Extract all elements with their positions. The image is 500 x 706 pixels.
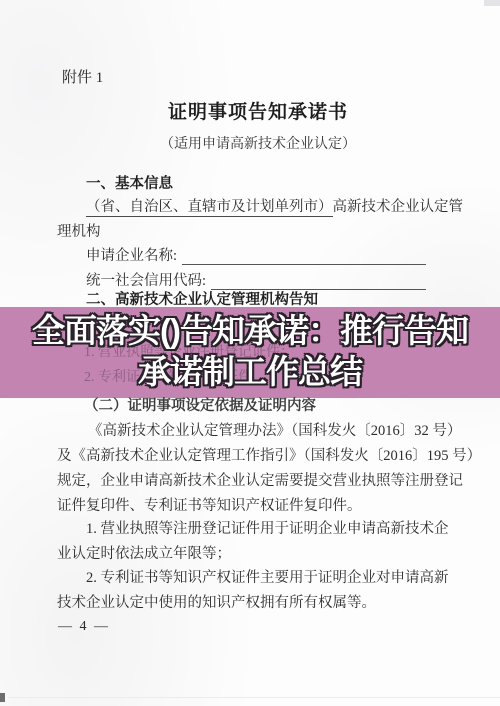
paragraph-line: 规定，企业申请高新技术企业认定需要提交营业执照等注册登记 <box>57 473 463 490</box>
credit-code-label: 统一社会信用代码: <box>86 273 206 290</box>
overlay-band: 1. 营业执照等企业注册登记证件； 2. 专利证书等知识产权证件 全面落实()告… <box>0 307 500 398</box>
section-basic-info-heading: 一、基本信息 <box>86 176 173 193</box>
paragraph-line: 《高新技术企业认定管理办法》（国科发火〔2016〕32 号） <box>88 423 461 440</box>
authority-line-wrap: 理机构 <box>57 224 101 241</box>
item2-line: 2. 专利证书等知识产权证件主要用于证明企业对申请高新 <box>86 570 449 587</box>
company-name-blank-line <box>182 249 426 265</box>
document-subtitle: （适用申请高新技术企业认定） <box>16 136 500 153</box>
scan-artifact-bottom-line <box>8 697 500 698</box>
attachment-label: 附件 1 <box>62 70 103 87</box>
authority-line-rest: 高新技术企业认定管 <box>333 199 464 215</box>
scanned-document-page: 附件 1 证明事项告知承诺书 （适用申请高新技术企业认定） 一、基本信息 （省、… <box>0 0 500 706</box>
scan-artifact-top-right <box>484 0 500 6</box>
page-number: — 4 — <box>58 618 110 635</box>
document-title: 证明事项告知承诺书 <box>16 104 500 121</box>
overlay-title-line2: 承诺制工作总结 <box>0 352 500 392</box>
paragraph-line: 及《高新技术企业认定管理工作指引》（国科发火〔2016〕195 号） <box>57 448 481 465</box>
authority-blank-underlined: （省、自治区、直辖市及计划单列市） <box>86 199 333 217</box>
authority-line: （省、自治区、直辖市及计划单列市）高新技术企业认定管 <box>86 199 463 216</box>
credit-code-field: 统一社会信用代码: <box>86 273 426 290</box>
scan-artifact-bottom-left <box>0 693 5 702</box>
company-name-label: 申请企业名称: <box>86 248 177 265</box>
paragraph-line: 证件复印件、专利证书等知识产权证件复印件。 <box>57 498 362 515</box>
item2-line: 技术企业认定中使用的知识产权拥有所有权属等。 <box>57 595 376 612</box>
item1-line: 1. 营业执照等注册登记证件用于证明企业申请高新技术企 <box>86 521 449 538</box>
company-name-field: 申请企业名称: <box>86 248 426 265</box>
overlay-title-line1: 全面落实()告知承诺：推行告知 <box>0 311 500 351</box>
item1-line: 业认定时依法成立年限等； <box>57 546 231 563</box>
sub-heading-basis: （二）证明事项设定依据及证明内容 <box>84 398 316 415</box>
credit-code-blank-line <box>211 274 426 290</box>
